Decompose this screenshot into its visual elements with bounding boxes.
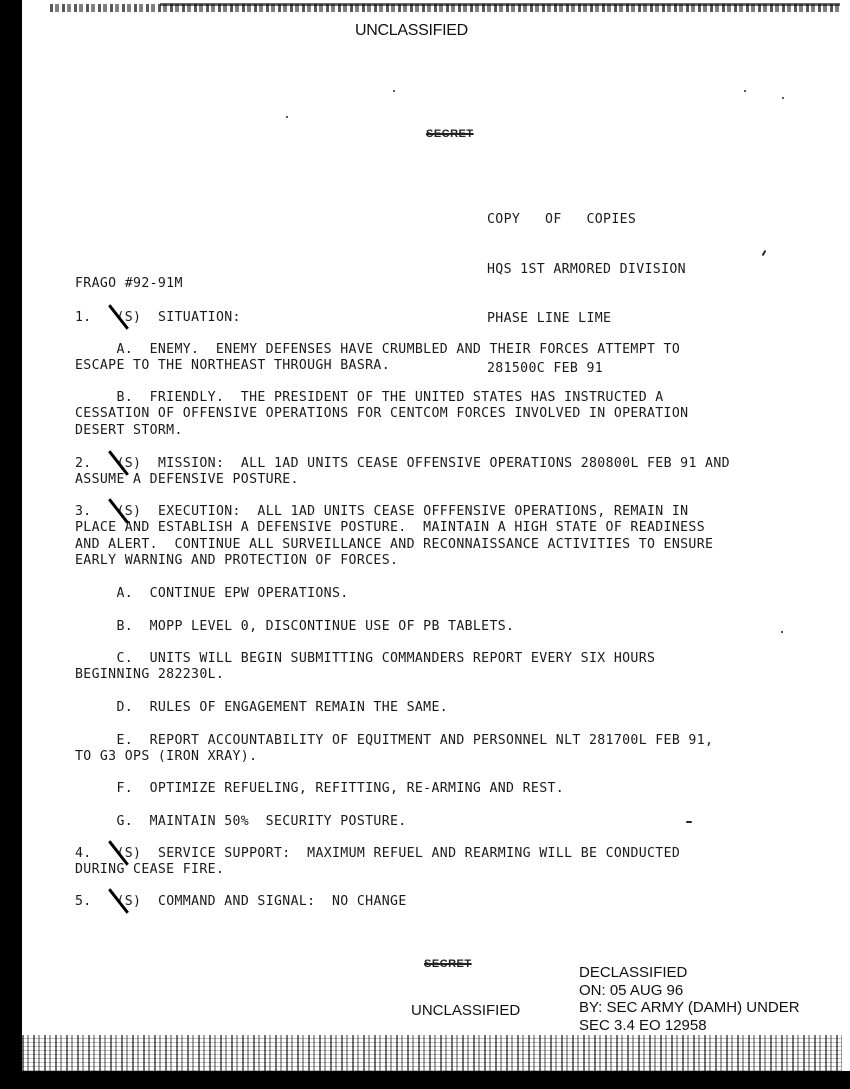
header-location-line: PHASE LINE LIME <box>487 311 686 328</box>
decl-line-3: BY: SEC ARMY (DAMH) UNDER <box>579 999 800 1017</box>
scan-speck <box>393 90 395 92</box>
para-4-line-2: DURING CEASE FIRE. <box>75 862 224 879</box>
scan-noise-bottom <box>22 1035 842 1071</box>
para-3c-line-2: BEGINNING 282230L. <box>75 667 224 684</box>
para-5-command-signal: 5. (S) COMMAND AND SIGNAL: NO CHANGE <box>75 894 407 911</box>
classification-marking-top: UNCLASSIFIED <box>355 22 468 40</box>
decl-line-2: ON: 05 AUG 96 <box>579 982 800 1000</box>
para-3e-line-1: E. REPORT ACCOUNTABILITY OF EQUITMENT AN… <box>75 733 713 750</box>
classification-marking-bottom: UNCLASSIFIED <box>411 1002 520 1019</box>
struck-secret-marking-bottom: SECRET <box>424 958 472 970</box>
para-1b-line-2: CESSATION OF OFFENSIVE OPERATIONS FOR CE… <box>75 406 688 423</box>
para-4-service-support: 4. (S) SERVICE SUPPORT: MAXIMUM REFUEL A… <box>75 846 680 863</box>
para-1a-line-2: ESCAPE TO THE NORTHEAST THROUGH BASRA. <box>75 358 390 375</box>
para-number: 5. <box>75 894 92 909</box>
struck-classification-mark: (S) <box>116 846 141 863</box>
para-3a: A. CONTINUE EPW OPERATIONS. <box>75 586 349 603</box>
para-number: 4. <box>75 846 92 861</box>
para-2-line-2: ASSUME A DEFENSIVE POSTURE. <box>75 472 299 489</box>
decl-line-4: SEC 3.4 EO 12958 <box>579 1017 800 1035</box>
frago-number: FRAGO #92-91M <box>75 276 183 293</box>
para-3d: D. RULES OF ENGAGEMENT REMAIN THE SAME. <box>75 700 448 717</box>
para-1b-line-1: B. FRIENDLY. THE PRESIDENT OF THE UNITED… <box>75 390 664 407</box>
para-3-line-3: AND ALERT. CONTINUE ALL SURVEILLANCE AND… <box>75 537 713 554</box>
para-text: MISSION: ALL 1AD UNITS CEASE OFFENSIVE O… <box>158 456 730 471</box>
para-3-line-4: EARLY WARNING AND PROTECTION OF FORCES. <box>75 553 398 570</box>
para-3f: F. OPTIMIZE REFUELING, REFITTING, RE-ARM… <box>75 781 564 798</box>
para-1b-line-3: DESERT STORM. <box>75 423 183 440</box>
para-1-situation: 1. (S) SITUATION: <box>75 310 241 327</box>
para-1a-line-1: A. ENEMY. ENEMY DEFENSES HAVE CRUMBLED A… <box>75 342 680 359</box>
scan-edge-bottom <box>0 1071 850 1089</box>
para-text: EXECUTION: ALL 1AD UNITS CEASE OFFFENSIV… <box>158 504 689 519</box>
para-2-mission: 2. (S) MISSION: ALL 1AD UNITS CEASE OFFE… <box>75 456 730 473</box>
struck-classification-mark: (S) <box>116 504 141 521</box>
para-3e-line-2: TO G3 OPS (IRON XRAY). <box>75 749 257 766</box>
para-title: SITUATION: <box>158 310 241 325</box>
decl-line-1: DECLASSIFIED <box>579 964 800 982</box>
scan-speck <box>286 116 288 118</box>
scan-speck <box>782 97 784 99</box>
scan-speck <box>762 250 767 256</box>
para-3g: G. MAINTAIN 50% SECURITY POSTURE. <box>75 814 407 831</box>
scan-speck <box>781 631 783 633</box>
document-header: COPY OF COPIES HQS 1ST ARMORED DIVISION … <box>487 179 686 394</box>
para-text: COMMAND AND SIGNAL: NO CHANGE <box>158 894 407 909</box>
scan-speck <box>686 821 692 823</box>
struck-classification-mark: (S) <box>116 310 141 327</box>
para-3b: B. MOPP LEVEL 0, DISCONTINUE USE OF PB T… <box>75 619 514 636</box>
para-number: 2. <box>75 456 92 471</box>
scan-speck <box>744 90 746 92</box>
header-dtg-line: 281500C FEB 91 <box>487 361 686 378</box>
para-number: 3. <box>75 504 92 519</box>
declassification-stamp: DECLASSIFIED ON: 05 AUG 96 BY: SEC ARMY … <box>579 964 800 1034</box>
para-3c-line-1: C. UNITS WILL BEGIN SUBMITTING COMMANDER… <box>75 651 655 668</box>
struck-classification-mark: (S) <box>116 894 141 911</box>
struck-classification-mark: (S) <box>116 456 141 473</box>
para-number: 1. <box>75 310 92 325</box>
para-3-execution: 3. (S) EXECUTION: ALL 1AD UNITS CEASE OF… <box>75 504 688 521</box>
scan-noise-top-line <box>160 3 840 6</box>
para-3-line-2: PLACE AND ESTABLISH A DEFENSIVE POSTURE.… <box>75 520 705 537</box>
struck-secret-marking-top: SECRET <box>426 128 474 140</box>
para-text: SERVICE SUPPORT: MAXIMUM REFUEL AND REAR… <box>158 846 680 861</box>
header-unit-line: HQS 1ST ARMORED DIVISION <box>487 262 686 279</box>
header-copy-line: COPY OF COPIES <box>487 212 686 229</box>
scan-edge-left <box>0 0 22 1089</box>
